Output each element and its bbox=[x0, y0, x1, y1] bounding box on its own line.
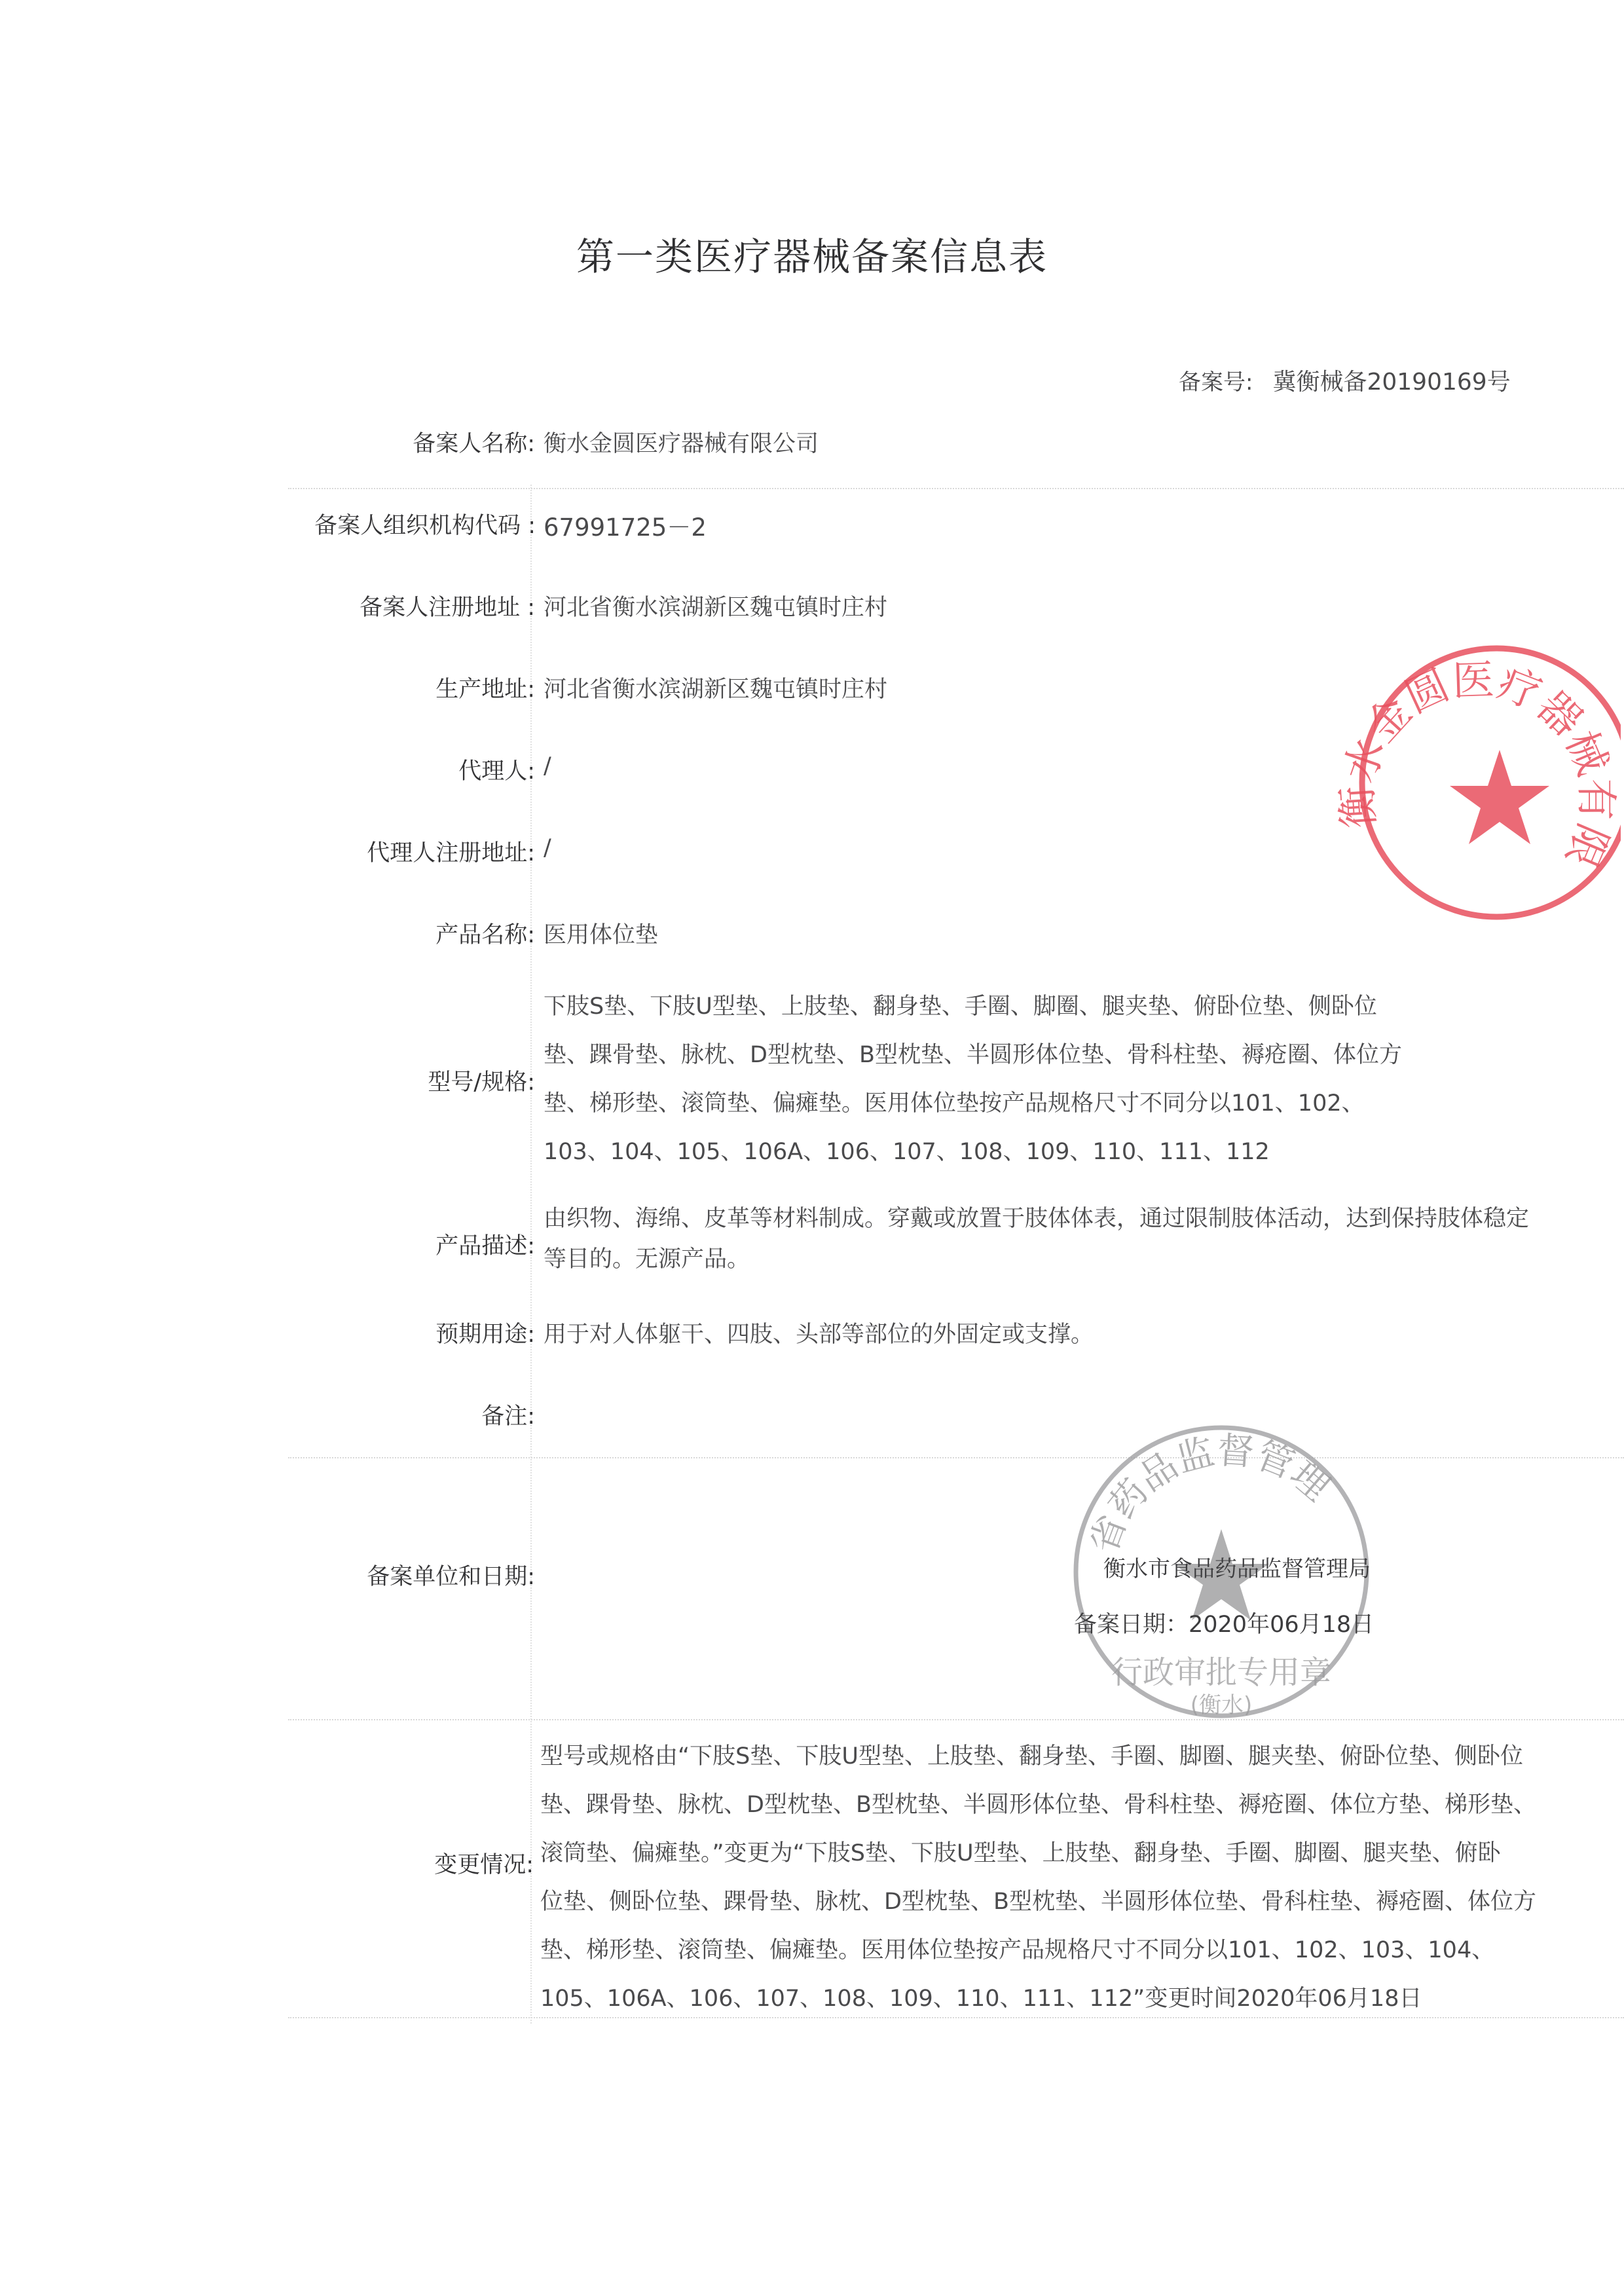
divider bbox=[288, 1457, 1624, 1458]
field-label: 生产地址: bbox=[435, 671, 535, 704]
field-label: 备案人组织机构代码 : bbox=[314, 508, 536, 540]
text-line: 由织物、海绵、皮革等材料制成。穿戴或放置于肢体体表，通过限制肢体活动，达到保持肢… bbox=[544, 1198, 1604, 1239]
divider bbox=[288, 488, 1624, 489]
document-title: 第一类医疗器械备案信息表 bbox=[0, 226, 1624, 281]
text-line: 位垫、侧卧位垫、踝骨垫、脉枕、D型枕垫、B型枕垫、半圆形体位垫、骨科柱垫、褥疮圈… bbox=[540, 1878, 1611, 1926]
text-line: 等目的。无源产品。 bbox=[544, 1239, 1604, 1280]
svg-text:省药品监督管理: 省药品监督管理 bbox=[1082, 1430, 1337, 1559]
field-value: / bbox=[544, 835, 551, 861]
field-label: 预期用途: bbox=[435, 1316, 535, 1349]
field-value: 由织物、海绵、皮革等材料制成。穿戴或放置于肢体体表，通过限制肢体活动，达到保持肢… bbox=[544, 1198, 1604, 1280]
text-line: 垫、踝骨垫、脉枕、D型枕垫、B型枕垫、半圆形体位垫、骨科柱垫、褥疮圈、体位方垫、… bbox=[540, 1781, 1611, 1829]
filing-number-value: 冀衡械备20190169号 bbox=[1272, 369, 1510, 396]
field-value: 河北省衡水滨湖新区魏屯镇时庄村 bbox=[544, 671, 887, 704]
text-line: 下肢S垫、下肢U型垫、上肢垫、翻身垫、手圈、脚圈、腿夹垫、俯卧位垫、侧卧位 bbox=[544, 982, 1604, 1031]
text-line: 型号或规格由“下肢S垫、下肢U型垫、上肢垫、翻身垫、手圈、脚圈、腿夹垫、俯卧位垫… bbox=[540, 1732, 1611, 1781]
field-value: / bbox=[544, 753, 551, 779]
field-label: 备注: bbox=[481, 1398, 535, 1431]
field-value: 衡水金圆医疗器械有限公司 bbox=[544, 426, 819, 458]
field-label: 备案人名称: bbox=[413, 426, 535, 458]
star-icon bbox=[1450, 750, 1549, 844]
field-value: 67991725－2 bbox=[544, 508, 707, 543]
field-label: 型号/规格: bbox=[428, 1064, 535, 1097]
filing-date: 备案日期：2020年06月18日 bbox=[1074, 1606, 1374, 1639]
text-line: 垫、梯形垫、滚筒垫、偏瘫垫。医用体位垫按产品规格尺寸不同分以101、102、 bbox=[544, 1079, 1604, 1128]
field-label: 产品描述: bbox=[435, 1228, 535, 1261]
text-line: 103、104、105、106A、106、107、108、109、110、111… bbox=[544, 1128, 1604, 1176]
company-seal-stamp: 衡水金圆医疗器械有限公司 bbox=[1326, 639, 1621, 933]
svg-text:(衡水): (衡水) bbox=[1190, 1692, 1253, 1718]
field-label: 备案单位和日期: bbox=[367, 1559, 535, 1591]
field-label: 代理人注册地址: bbox=[367, 835, 535, 868]
text-line: 滚筒垫、偏瘫垫。”变更为“下肢S垫、下肢U型垫、上肢垫、翻身垫、手圈、脚圈、腿夹… bbox=[540, 1829, 1611, 1878]
text-line: 105、106A、106、107、108、109、110、111、112”变更时… bbox=[540, 1974, 1611, 2023]
filing-agency: 衡水市食品药品监督管理局 bbox=[1103, 1551, 1371, 1583]
field-value: 型号或规格由“下肢S垫、下肢U型垫、上肢垫、翻身垫、手圈、脚圈、腿夹垫、俯卧位垫… bbox=[540, 1732, 1611, 2023]
field-value: 下肢S垫、下肢U型垫、上肢垫、翻身垫、手圈、脚圈、腿夹垫、俯卧位垫、侧卧位 垫、… bbox=[544, 982, 1604, 1176]
text-line: 垫、梯形垫、滚筒垫、偏瘫垫。医用体位垫按产品规格尺寸不同分以101、102、10… bbox=[540, 1926, 1611, 1974]
field-label: 代理人: bbox=[458, 753, 535, 786]
field-label: 变更情况: bbox=[434, 1847, 534, 1879]
field-value: 医用体位垫 bbox=[544, 917, 658, 950]
svg-text:行政审批专用章: 行政审批专用章 bbox=[1111, 1654, 1331, 1691]
field-value: 河北省衡水滨湖新区魏屯镇时庄村 bbox=[544, 589, 887, 622]
field-value: 用于对人体躯干、四肢、头部等部位的外固定或支撑。 bbox=[544, 1316, 1094, 1349]
field-label: 备案人注册地址 : bbox=[360, 589, 535, 622]
text-line: 垫、踝骨垫、脉枕、D型枕垫、B型枕垫、半圆形体位垫、骨科柱垫、褥疮圈、体位方 bbox=[544, 1031, 1604, 1079]
filing-number-label: 备案号: bbox=[1179, 369, 1253, 396]
divider bbox=[288, 1719, 1624, 1720]
field-label: 产品名称: bbox=[435, 917, 535, 950]
filing-number: 备案号:冀衡械备20190169号 bbox=[1179, 363, 1511, 397]
